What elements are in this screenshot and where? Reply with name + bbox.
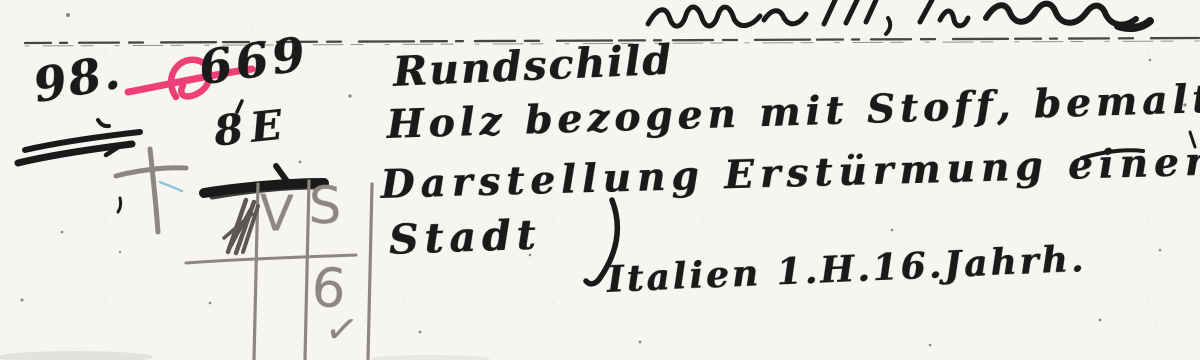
serial-underline — [18, 132, 140, 163]
scanned-inventory-card: 98. 669 8E Rundschild Holz bezogen mit S… — [0, 0, 1200, 360]
entry-title: Rundschild — [392, 40, 674, 93]
entry-subject-line-2: Stadt — [388, 215, 542, 261]
hatch-scribble — [224, 200, 258, 253]
serial-flourish — [98, 120, 109, 126]
tally-checkmark: ✓ — [322, 308, 361, 352]
serial-number: 98. — [30, 49, 125, 111]
comma-mark — [118, 198, 121, 212]
tally-letter-v: V — [258, 188, 294, 239]
bottom-smudge — [0, 351, 490, 360]
pencil-plus-mark — [106, 146, 186, 232]
blue-tick — [160, 182, 182, 191]
inventory-number: 669 — [196, 31, 312, 93]
location-code: 8E — [212, 104, 292, 153]
clipped-handwriting-strokes — [648, 0, 1150, 34]
tally-letter-s: S — [308, 180, 342, 233]
